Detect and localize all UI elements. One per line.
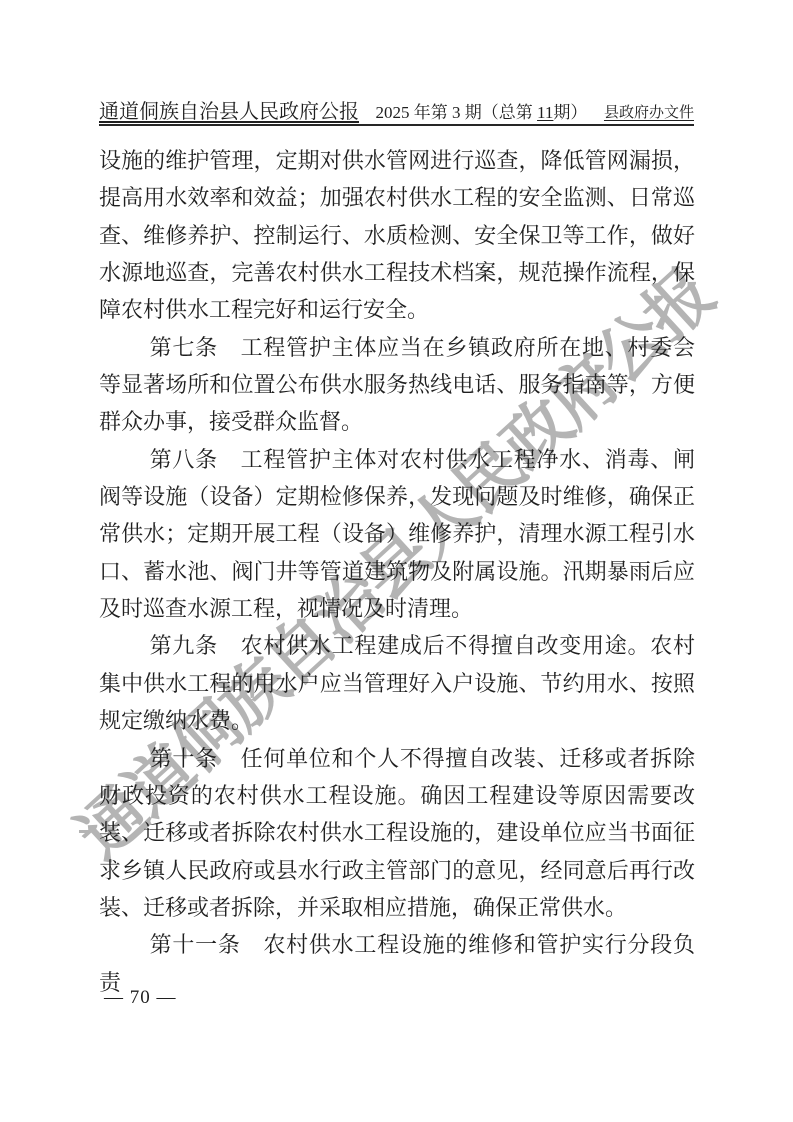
- body-paragraph: 第九条 农村供水工程建成后不得擅自改变用途。农村集中供水工程的用水户应当管理好入…: [99, 627, 695, 739]
- document-body: 设施的维护管理，定期对供水管网进行巡查，降低管网漏损，提高用水效率和效益；加强农…: [99, 142, 695, 1001]
- page-footer: — 70 —: [104, 987, 177, 1009]
- watermark-dash: [79, 830, 90, 833]
- body-paragraph: 第十一条 农村供水工程设施的维修和管护实行分段负责: [99, 926, 695, 1001]
- header-left-title: 通道侗族自治县人民政府公报: [99, 100, 359, 124]
- page-header: 通道侗族自治县人民政府公报 2025 年第 3 期（总第 11期） 县政府办文件: [99, 99, 694, 126]
- gazette-page: 通道侗族自治县人民政府公报 2025 年第 3 期（总第 11期） 县政府办文件…: [0, 0, 793, 1122]
- page-number: — 70 —: [104, 987, 177, 1008]
- body-paragraph: 第十条 任何单位和个人不得擅自改装、迁移或者拆除财政投资的农村供水工程设施。确因…: [99, 740, 695, 927]
- body-paragraph: 第八条 工程管护主体对农村供水工程净水、消毒、闸阀等设施（设备）定期检修保养，发…: [99, 441, 695, 628]
- issue-prefix: 2025 年第 3 期（总第: [376, 103, 538, 122]
- body-paragraph: 设施的维护管理，定期对供水管网进行巡查，降低管网漏损，提高用水效率和效益；加强农…: [99, 142, 695, 329]
- header-issue-info: 2025 年第 3 期（总第 11期）: [376, 101, 588, 124]
- issue-number: 11: [537, 103, 553, 122]
- issue-suffix: 期）: [553, 103, 587, 122]
- header-right-label: 县政府办文件: [604, 102, 694, 124]
- body-paragraph: 第七条 工程管护主体应当在乡镇政府所在地、村委会等显著场所和位置公布供水服务热线…: [99, 329, 695, 441]
